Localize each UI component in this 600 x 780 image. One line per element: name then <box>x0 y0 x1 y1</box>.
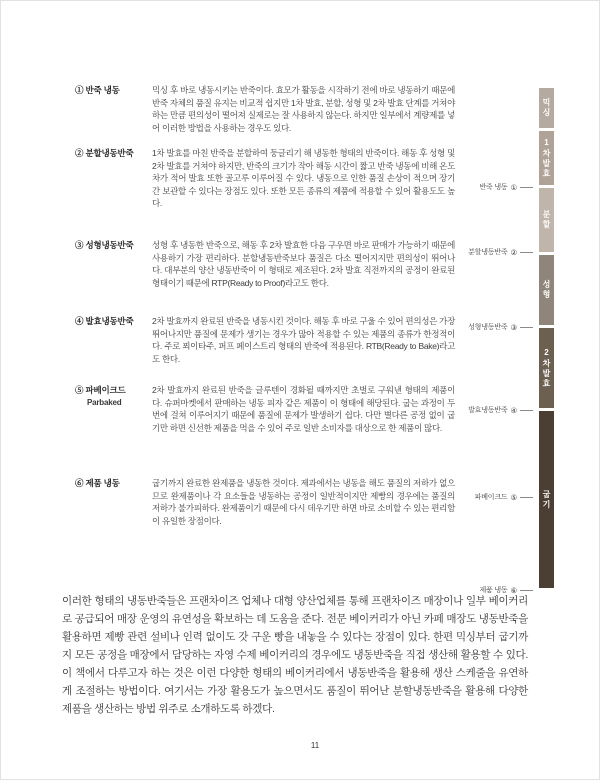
item-label-text: 파베이크드 <box>85 385 125 395</box>
process-callout: 분할냉동반죽② <box>468 247 533 257</box>
item-body: 1차 발효를 마친 반죽을 분할하여 둥글리기 해 냉동한 형태의 반죽이다. … <box>152 147 455 210</box>
process-callout-number: ① <box>510 183 517 192</box>
callout-connector-line <box>520 252 533 253</box>
process-stage-label: 굽기 <box>539 490 554 510</box>
process-callout: 파베이크드⑤ <box>475 492 533 502</box>
item-number: ③ <box>75 240 83 250</box>
item-label: ⑤ 파베이크드Parbaked <box>75 384 151 409</box>
item-body: 굽기까지 완료한 완제품을 냉동한 것이다. 제과에서는 냉동을 해도 품질의 … <box>152 477 455 527</box>
process-stage: 2차발효 <box>539 328 554 408</box>
item-number: ① <box>75 85 83 95</box>
process-stage: 1차발효 <box>539 131 554 185</box>
process-callout-label: 성형냉동반죽 <box>468 322 507 332</box>
item-label-text: 반죽 냉동 <box>85 85 119 95</box>
process-callout: 발효냉동반죽④ <box>468 405 533 415</box>
process-stage: 믹싱 <box>539 88 554 128</box>
item-label: ③ 성형냉동반죽 <box>75 239 151 252</box>
process-stage-label: 성형 <box>539 280 554 300</box>
process-callout-number: ③ <box>510 323 517 332</box>
item-label-text: 분할냉동반죽 <box>85 148 133 158</box>
item-label-text: 성형냉동반죽 <box>85 240 133 250</box>
process-stage-label: 분할 <box>539 210 554 230</box>
item-label-text: 발효냉동반죽 <box>85 316 133 326</box>
process-callout-number: ⑥ <box>510 586 517 595</box>
process-stage: 분할 <box>539 188 554 252</box>
callout-connector-line <box>520 590 533 591</box>
item-number: ⑤ <box>75 385 83 395</box>
page-number: 11 <box>0 741 600 750</box>
process-stage: 성형 <box>539 255 554 325</box>
item-body: 믹싱 후 바로 냉동시키는 반죽이다. 효모가 활동을 시작하기 전에 바로 냉… <box>152 84 455 134</box>
process-callout-label: 발효냉동반죽 <box>468 405 507 415</box>
process-callout-label: 반죽 냉동 <box>479 182 507 192</box>
process-stage-label: 1차발효 <box>539 138 554 179</box>
process-callout-number: ⑤ <box>510 493 517 502</box>
process-callout: 반죽 냉동① <box>479 182 533 192</box>
callout-connector-line <box>520 327 533 328</box>
callout-connector-line <box>520 497 533 498</box>
item-label: ④ 발효냉동반죽 <box>75 315 151 328</box>
process-callout: 제품 냉동⑥ <box>479 585 533 595</box>
item-number: ② <box>75 148 83 158</box>
item-body: 성형 후 냉동한 반죽으로, 해동 후 2차 발효한 다음 구우면 바로 판매가… <box>152 239 455 289</box>
item-number: ⑥ <box>75 478 83 488</box>
callout-connector-line <box>520 187 533 188</box>
process-stage: 굽기 <box>539 411 554 588</box>
process-callout: 성형냉동반죽③ <box>468 322 533 332</box>
document-page: ① 반죽 냉동믹싱 후 바로 냉동시키는 반죽이다. 효모가 활동을 시작하기 … <box>0 0 600 780</box>
process-callout-label: 파베이크드 <box>475 492 508 502</box>
item-label: ① 반죽 냉동 <box>75 84 151 97</box>
process-callout-label: 분할냉동반죽 <box>468 247 507 257</box>
process-callout-number: ④ <box>510 406 517 415</box>
process-stage-label: 2차발효 <box>539 348 554 389</box>
item-number: ④ <box>75 316 83 326</box>
process-callout-label: 제품 냉동 <box>479 585 507 595</box>
item-body: 2차 발효까지 완료된 반죽을 냉동시킨 것이다. 해동 후 바로 구울 수 있… <box>152 315 455 365</box>
item-body: 2차 발효까지 완료된 반죽을 글루텐이 경화될 때까지만 초벌로 구워낸 형태… <box>152 384 455 434</box>
callout-connector-line <box>520 410 533 411</box>
item-label-text: 제품 냉동 <box>85 478 119 488</box>
item-label: ② 분할냉동반죽 <box>75 147 151 160</box>
item-label: ⑥ 제품 냉동 <box>75 477 151 490</box>
process-callout-number: ② <box>510 248 517 257</box>
item-sublabel: Parbaked <box>87 397 151 410</box>
process-stage-label: 믹싱 <box>539 98 554 118</box>
closing-paragraph: 이러한 형태의 냉동반죽들은 프랜차이즈 업체나 대형 양산업체를 통해 프랜차… <box>62 592 528 718</box>
